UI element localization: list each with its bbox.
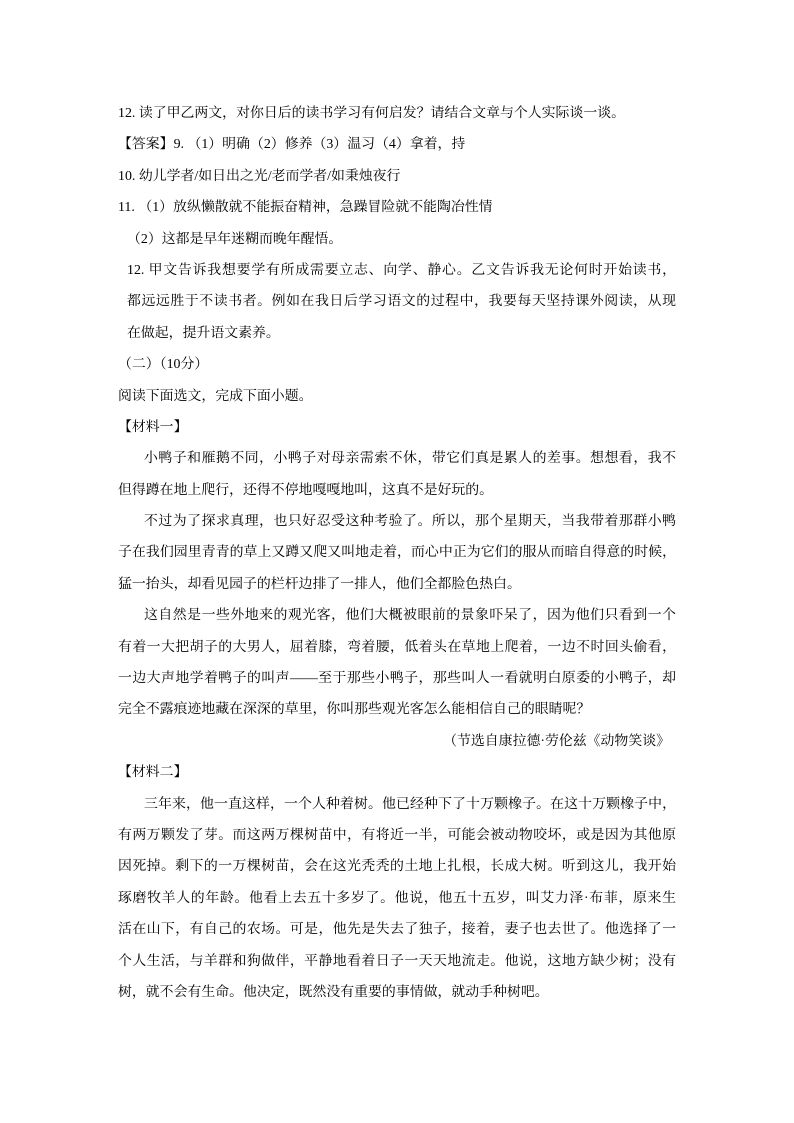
- text-line: 但得蹲在地上爬行，还得不停地嘎嘎地叫，这真不是好玩的。: [118, 475, 676, 506]
- text-line: 11. （1）放纵懒散就不能振奋精神，急躁冒险就不能陶冶性情: [118, 192, 676, 223]
- text-line: （二）（10分）: [118, 349, 676, 380]
- text-line: 完全不露痕迹地藏在深深的草里，你叫那些观光客怎么能相信自己的眼睛呢？: [118, 694, 676, 725]
- text-line: 【材料一】: [118, 412, 676, 443]
- text-line: 都远远胜于不读书者。例如在我日后学习语文的过程中，我要每天坚持课外阅读，从现: [127, 286, 676, 317]
- text-line: 有两万颗发了芽。而这两万棵树苗中，有将近一半，可能会被动物咬坏，或是因为其他原: [118, 820, 676, 851]
- text-line: 一边大声地学着鸭子的叫声——至于那些小鸭子，那些叫人一看就明白原委的小鸭子，却: [118, 663, 676, 694]
- text-line: 12. 甲文告诉我想要学有所成需要立志、向学、静心。乙文告诉我无论何时开始读书，: [127, 255, 676, 286]
- text-line: 因死掉。剩下的一万棵树苗，会在这光秃秃的土地上扎根，长成大树。听到这儿，我开始: [118, 851, 676, 882]
- text-line: 不过为了探求真理，也只好忍受这种考验了。所以，那个星期天，当我带着那群小鸭: [144, 506, 676, 537]
- text-line: 活在山下，有自己的农场。可是，他先是失去了独子，接着，妻子也去世了。他选择了一: [118, 914, 676, 945]
- text-line: （2）这都是早年迷糊而晚年醒悟。: [127, 224, 676, 255]
- text-line: 树，就不会有生命。他决定，既然没有重要的事情做，就动手种树吧。: [118, 977, 676, 1008]
- text-line: 【材料二】: [118, 757, 676, 788]
- text-line: （节选自康拉德·劳伦兹《动物笑谈》: [118, 726, 676, 757]
- document-content: 12. 读了甲乙两文，对你日后的读书学习有何启发？请结合文章与个人实际谈一谈。【…: [118, 98, 676, 1008]
- text-line: 琢磨牧羊人的年龄。他看上去五十多岁了。他说，他五十五岁，叫艾力泽·布菲，原来生: [118, 883, 676, 914]
- text-line: 子在我们园里青青的草上又蹲又爬又叫地走着，而心中正为它们的服从而暗自得意的时候，: [118, 537, 676, 568]
- text-line: 小鸭子和雁鹅不同，小鸭子对母亲需索不休，带它们真是累人的差事。想想看，我不: [144, 443, 676, 474]
- text-line: 猛一抬头，却看见园子的栏杆边排了一排人，他们全都脸色热白。: [118, 569, 676, 600]
- text-line: 这自然是一些外地来的观光客，他们大概被眼前的景象吓呆了，因为他们只看到一个: [144, 600, 676, 631]
- text-line: 阅读下面选文，完成下面小题。: [118, 381, 676, 412]
- text-line: 三年来，他一直这样，一个人种着树。他已经种下了十万颗橡子。在这十万颗橡子中，: [144, 789, 676, 820]
- text-line: 12. 读了甲乙两文，对你日后的读书学习有何启发？请结合文章与个人实际谈一谈。: [118, 98, 676, 129]
- text-line: 有着一大把胡子的大男人，屈着膝，弯着腰，低着头在草地上爬着，一边不时回头偷看，: [118, 632, 676, 663]
- text-line: 【答案】9. （1）明确（2）修养（3）温习（4）拿着，持: [118, 129, 676, 160]
- document-page: 12. 读了甲乙两文，对你日后的读书学习有何启发？请结合文章与个人实际谈一谈。【…: [0, 0, 794, 1123]
- text-line: 个人生活，与羊群和狗做伴，平静地看着日子一天天地流走。他说，这地方缺少树；没有: [118, 946, 676, 977]
- text-line: 在做起，提升语文素养。: [127, 318, 676, 349]
- text-line: 10. 幼儿学者/如日出之光/老而学者/如秉烛夜行: [118, 161, 676, 192]
